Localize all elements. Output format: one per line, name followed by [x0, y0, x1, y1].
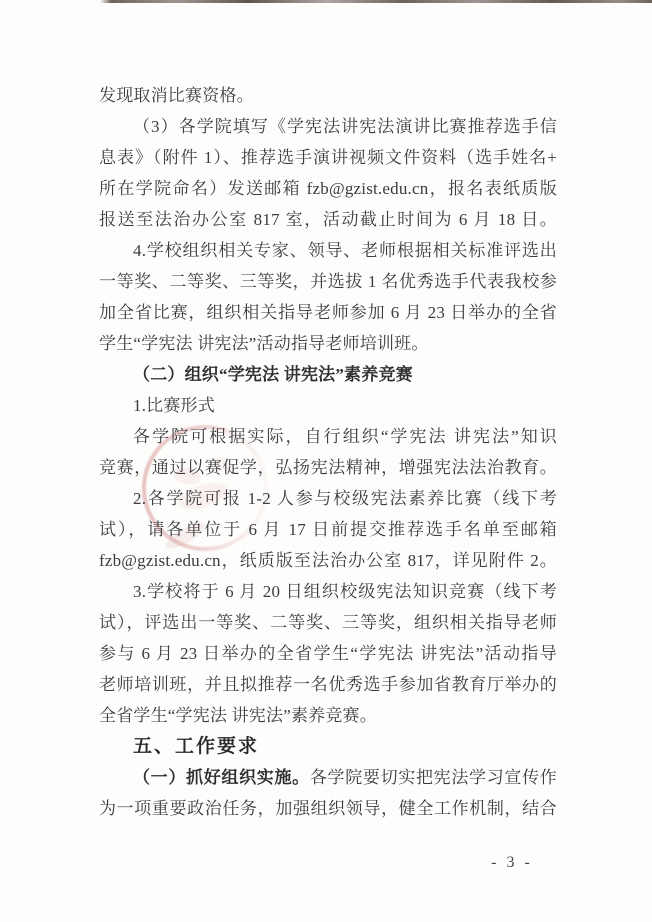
doc-chapter-heading: 五、工作要求 — [99, 731, 557, 762]
doc-line: 2.各学院可报 1-2 人参与校级宪法素养比赛（线下考 — [99, 483, 557, 514]
doc-line: 全省学生“学宪法 讲宪法”素养竞赛。 — [99, 700, 557, 731]
page-number: - 3 - — [476, 854, 548, 872]
doc-line: 一等奖、二等奖、三等奖，并选拔 1 名优秀选手代表我校参 — [99, 266, 557, 297]
doc-line: 报送至法治办公室 817 室，活动截止时间为 6 月 18 日。 — [99, 204, 557, 235]
doc-line: 竞赛，通过以赛促学，弘扬宪法精神，增强宪法法治教育。 — [99, 452, 557, 483]
doc-line-lead: （一）抓好组织实施。 — [133, 768, 310, 787]
doc-line: fzb@gzist.edu.cn，纸质版至法治办公室 817，详见附件 2。 — [99, 545, 557, 576]
doc-line: 参与 6 月 23 日举办的全省学生“学宪法 讲宪法”活动指导 — [99, 638, 557, 669]
doc-line: 4.学校组织相关专家、领导、老师根据相关标准评选出 — [99, 235, 557, 266]
doc-line: 加全省比赛，组织相关指导老师参加 6 月 23 日举办的全省 — [99, 297, 557, 328]
doc-line: （3）各学院填写《学宪法讲宪法演讲比赛推荐选手信 — [99, 111, 557, 142]
doc-line: 所在学院命名）发送邮箱 fzb@gzist.edu.cn，报名表纸质版 — [99, 173, 557, 204]
doc-line: 学生“学宪法 讲宪法”活动指导老师培训班。 — [99, 328, 557, 359]
doc-line-rest: 各学院要切实把宪法学习宣传作 — [310, 768, 557, 787]
doc-line: （一）抓好组织实施。各学院要切实把宪法学习宣传作 — [99, 762, 557, 793]
doc-line: 3.学校将于 6 月 20 日组织校级宪法知识竞赛（线下考 — [99, 576, 557, 607]
scan-edge-artifact — [100, 0, 652, 3]
document-page: 发现取消比赛资格。 （3）各学院填写《学宪法讲宪法演讲比赛推荐选手信 息表》（附… — [0, 0, 652, 922]
doc-line: 老师培训班，并且拟推荐一名优秀选手参加省教育厅举办的 — [99, 669, 557, 700]
doc-line: 1.比赛形式 — [99, 390, 557, 421]
doc-line: 发现取消比赛资格。 — [99, 80, 557, 111]
doc-line: 息表》（附件 1）、推荐选手演讲视频文件资料（选手姓名+ — [99, 142, 557, 173]
document-body: 发现取消比赛资格。 （3）各学院填写《学宪法讲宪法演讲比赛推荐选手信 息表》（附… — [99, 80, 557, 824]
doc-section-heading: （二）组织“学宪法 讲宪法”素养竞赛 — [99, 359, 557, 390]
doc-line: 为一项重要政治任务，加强组织领导，健全工作机制，结合 — [99, 793, 557, 824]
doc-line: 各学院可根据实际，自行组织“学宪法 讲宪法”知识 — [99, 421, 557, 452]
doc-line: 试），请各单位于 6 月 17 日前提交推荐选手名单至邮箱 — [99, 514, 557, 545]
doc-line: 试），评选出一等奖、二等奖、三等奖，组织相关指导老师 — [99, 607, 557, 638]
